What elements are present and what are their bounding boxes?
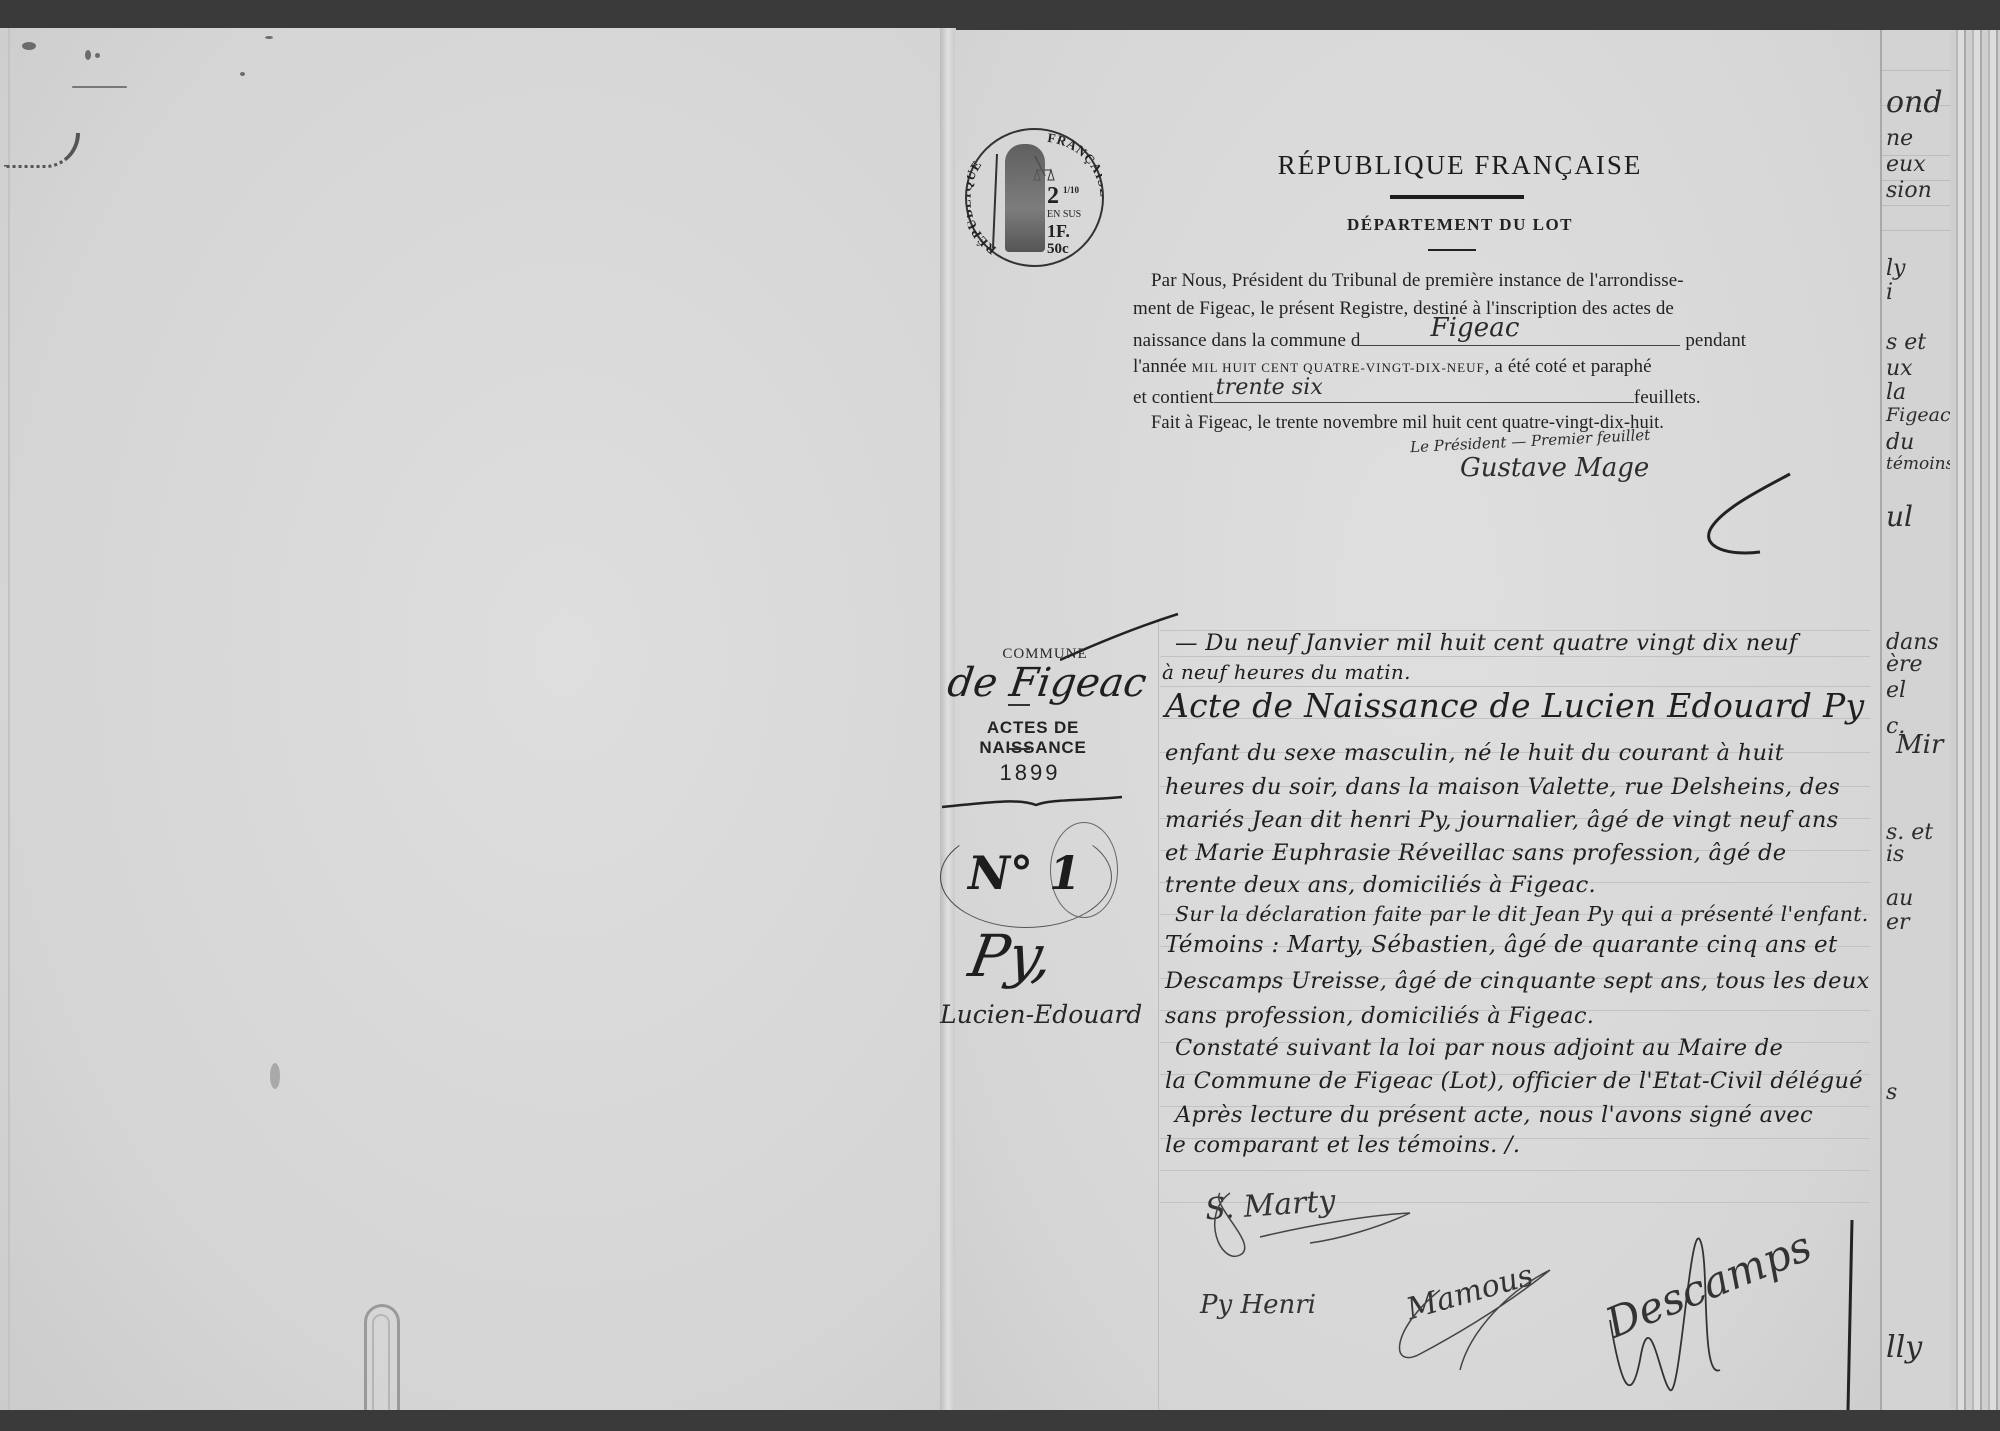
act-line: trente deux ans, domiciliés à Figeac. xyxy=(1165,872,1596,898)
next-page-fragment: eux xyxy=(1886,152,1926,177)
ink-stain xyxy=(240,72,245,76)
act-line: à neuf heures du matin. xyxy=(1162,660,1411,684)
scanned-register-image: ond ne eux sion ly i s et ux la Figeac d… xyxy=(0,0,2000,1431)
header-rule xyxy=(1428,249,1476,251)
act-line: et Marie Euphrasie Réveillac sans profes… xyxy=(1165,840,1786,866)
next-page-fragment: ul xyxy=(1886,500,1913,533)
preamble-line-commune: naissance dans la commune dFigeac pendan… xyxy=(1133,327,1785,352)
header-title: RÉPUBLIQUE FRANÇAISE xyxy=(1160,150,1760,181)
department-title: DÉPARTEMENT DU LOT xyxy=(1160,215,1760,235)
next-page-fragment: el xyxy=(1886,678,1906,703)
next-page-fragment: ère xyxy=(1886,652,1923,677)
preamble-line: Fait à Figeac, le trente novembre mil hu… xyxy=(1133,413,1803,434)
next-page-fragment: lly xyxy=(1886,1330,1922,1365)
next-page-fragment: Figeac xyxy=(1886,404,1951,426)
header-rule xyxy=(1390,195,1524,199)
ink-stain xyxy=(85,50,91,60)
next-page-fragment: sion xyxy=(1886,178,1932,203)
next-page-fragment: is xyxy=(1886,842,1904,867)
act-line: Descamps Ureisse, âgé de cinquante sept … xyxy=(1165,968,1870,994)
next-page-fragment: au xyxy=(1886,886,1913,911)
book-page-stack xyxy=(1950,30,2000,1431)
next-page-fragment: témoins xyxy=(1886,454,1952,474)
register-year: 1899 xyxy=(980,760,1080,786)
commune-fill-line: Figeac xyxy=(1360,327,1680,346)
sheets-fill-line: trente six xyxy=(1214,384,1634,403)
preamble-line-sheets: et contienttrente sixfeuillets. xyxy=(1133,384,1785,409)
president-signature: Gustave Mage xyxy=(1460,453,1649,483)
act-number: N° 1 xyxy=(968,846,1081,900)
signature-flourish-icon xyxy=(1590,1180,1870,1420)
act-line: sans profession, domiciliés à Figeac. xyxy=(1165,1003,1594,1029)
next-page-fragment: ne xyxy=(1886,126,1913,151)
ink-stain xyxy=(95,53,100,58)
ink-stain xyxy=(72,86,127,88)
act-line: Constaté suivant la loi par nous adjoint… xyxy=(1175,1035,1783,1061)
commune-name-handwritten: de Figeac xyxy=(945,660,1150,706)
margin-rule xyxy=(1158,620,1159,1420)
act-line: enfant du sexe masculin, né le huit du c… xyxy=(1165,740,1784,766)
next-pages-edge: ond ne eux sion ly i s et ux la Figeac d… xyxy=(1880,30,1952,1430)
act-line: heures du soir, dans la maison Valette, … xyxy=(1165,774,1840,800)
act-line: Après lecture du présent acte, nous l'av… xyxy=(1175,1102,1813,1128)
act-title-line: Acte de Naissance de Lucien Edouard Py xyxy=(1165,686,1864,725)
next-page-fragment: Mir xyxy=(1896,730,1943,760)
act-line: la Commune de Figeac (Lot), officier de … xyxy=(1165,1068,1863,1094)
next-page-fragment: s et xyxy=(1886,330,1926,355)
act-line: Sur la déclaration faite par le dit Jean… xyxy=(1175,902,1869,926)
child-surname: Py, xyxy=(964,922,1059,990)
act-line: mariés Jean dit henri Py, journalier, âg… xyxy=(1165,807,1839,833)
signature-flourish-icon xyxy=(1380,1250,1580,1380)
next-page-fragment: du xyxy=(1886,430,1914,455)
preamble-line: Par Nous, Président du Tribunal de premi… xyxy=(1133,270,1803,292)
next-page-fragment: la xyxy=(1886,380,1906,405)
act-line: — Du neuf Janvier mil huit cent quatre v… xyxy=(1175,630,1798,656)
signature-flourish-icon xyxy=(1690,470,1800,560)
next-page-fragment: i xyxy=(1886,280,1893,305)
scanner-background-top xyxy=(0,0,2000,30)
commune-handwritten: Figeac xyxy=(1430,313,1519,343)
ornament-rule-icon xyxy=(940,795,1125,815)
next-page-fragment: ly xyxy=(1886,256,1905,281)
tax-stamp: RÉPUBLIQUE FRANÇAISE 2 1/10 EN SUS 1F. 5… xyxy=(965,128,1104,267)
next-page-fragment: s xyxy=(1886,1080,1897,1105)
act-line: le comparant et les témoins. /. xyxy=(1165,1132,1520,1158)
scanner-background-bottom xyxy=(0,1410,2000,1431)
left-page-blank xyxy=(0,28,944,1420)
next-page-fragment: ond xyxy=(1886,85,1943,120)
act-witnesses-line: Témoins : Marty, Sébastien, âgé de quara… xyxy=(1165,932,1838,958)
ink-stain-arc xyxy=(4,133,80,168)
section-label: ACTES DE NAISSANCE xyxy=(938,718,1128,758)
child-given-names: Lucien-Edouard xyxy=(940,1000,1142,1029)
signature-py-henri: Py Henri xyxy=(1200,1290,1316,1320)
smudge xyxy=(270,1063,280,1089)
ink-stain xyxy=(22,42,36,50)
page-edge-line xyxy=(8,28,10,1420)
next-page-fragment: ux xyxy=(1886,356,1913,381)
justice-figure-icon xyxy=(1005,144,1045,252)
next-page-fragment: er xyxy=(1886,910,1910,935)
sheets-handwritten: trente six xyxy=(1216,375,1323,400)
ink-stain xyxy=(265,36,273,39)
stamp-value: 2 xyxy=(1047,184,1059,208)
